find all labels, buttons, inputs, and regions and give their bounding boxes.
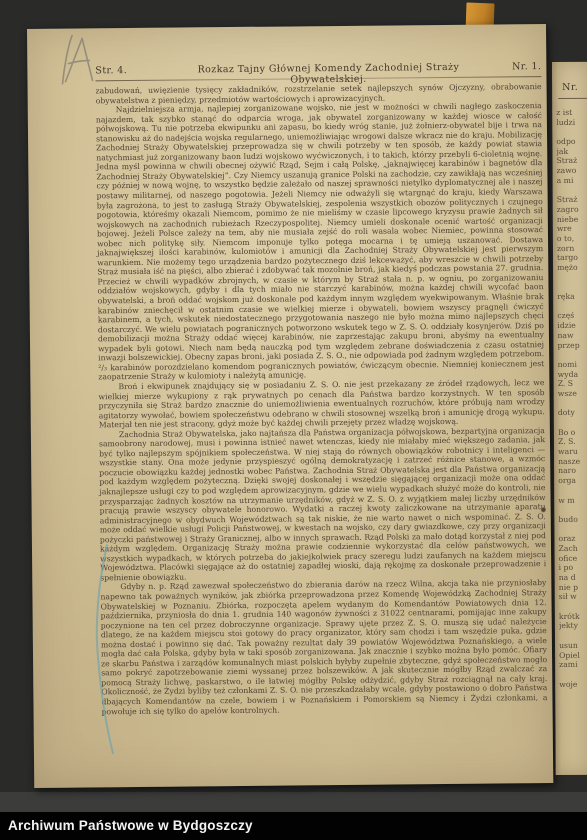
text-fragment-line (559, 631, 587, 641)
blue-pencil-arc-annotation (90, 543, 122, 755)
next-page-issue-label: Nr. (562, 82, 578, 93)
text-fragment-line: krótk (559, 612, 587, 622)
text-fragment-line (558, 350, 587, 360)
text-fragment-line: naw (557, 331, 587, 341)
text-fragment-line: Opiel (559, 650, 587, 660)
text-fragment-line (558, 505, 587, 515)
text-fragment-line: Z. S (558, 379, 587, 389)
page-number-label: Str. 4. (95, 65, 165, 77)
text-fragment-line: ludzi (556, 117, 587, 127)
text-fragment-line: naro (558, 466, 587, 476)
text-fragment-line: nomi (558, 360, 587, 370)
text-fragment-line (558, 524, 587, 534)
text-fragment-line: na d (559, 573, 587, 583)
text-fragment-line (557, 282, 587, 292)
text-fragment-line: woje (559, 679, 587, 689)
text-fragment-line: budo (558, 515, 587, 525)
next-page-text-fragments: z istludzi odpojakStrażzawoa mi Strażzag… (556, 108, 587, 689)
text-fragment-line (557, 302, 587, 312)
paragraph: Gdyby n. p. Rząd zawezwał społeczeństwo … (100, 578, 547, 716)
paragraph: Broń i ekwipunek znajdujący się w posiad… (98, 378, 544, 430)
text-fragment-line: orga (558, 476, 587, 486)
text-fragment-line: Straż (556, 156, 587, 166)
next-page-header-rule (558, 98, 587, 99)
text-fragment-line: o to, (557, 234, 587, 244)
text-fragment-line: nie p (559, 582, 587, 592)
text-fragment-line: częś (557, 311, 587, 321)
text-fragment-line: Bo o (558, 427, 587, 437)
text-fragment-line: Zach (559, 544, 587, 554)
text-fragment-line: odpo (556, 137, 587, 147)
text-fragment-line: z ist (556, 108, 587, 118)
text-fragment-line: wyda (558, 369, 587, 379)
text-fragment-line: Straż (557, 195, 587, 205)
scan-bottom-strip (0, 792, 587, 812)
archival-scan: Str. 4. Rozkaz Tajny Głównej Komendy Zac… (0, 0, 587, 840)
body-text: zabudowań, uwięzienie tysięcy zakładnikó… (96, 82, 548, 716)
issue-number-label: Nr. 1. (491, 61, 541, 72)
text-fragment-line: wre (557, 224, 587, 234)
text-fragment-line: oraz (558, 534, 587, 544)
text-fragment-line (556, 127, 587, 137)
text-fragment-line (559, 602, 587, 612)
text-fragment-line (557, 185, 587, 195)
next-page-edge: Nr. z istludzi odpojakStrażzawoa mi Stra… (552, 62, 587, 775)
text-fragment-line: i po (559, 563, 587, 573)
text-fragment-line: ręka (557, 292, 587, 302)
text-fragment-line: doty (558, 408, 587, 418)
text-fragment-line: idzie (557, 321, 587, 331)
archive-watermark: Archiwum Państwowe w Bydgoszczy (0, 812, 587, 840)
text-fragment-line: zami (559, 660, 587, 670)
text-fragment-line: sił w (559, 592, 587, 602)
pencil-mark-annotation (55, 33, 99, 85)
text-fragment-line: nasze (558, 457, 587, 467)
text-fragment-line: a mi (557, 176, 587, 186)
document-page: Str. 4. Rozkaz Tajny Głównej Komendy Zac… (27, 24, 553, 788)
text-fragment-line (557, 272, 587, 282)
text-fragment-line: jak (556, 147, 587, 157)
text-fragment-line: przep (557, 340, 587, 350)
text-fragment-line: targo (557, 253, 587, 263)
paragraph: Zachodnia Straż Obywatelska, jako najtań… (99, 426, 546, 583)
paragraph: Najdzielniejsza armja, najlepiej zorgani… (96, 101, 545, 382)
text-fragment-line: jekty (559, 621, 587, 631)
text-fragment-line: zorn (557, 243, 587, 253)
text-fragment-line: wsze (558, 389, 587, 399)
text-fragment-line: usun (559, 641, 587, 651)
text-fragment-line: niebe (557, 214, 587, 224)
text-fragment-line (558, 486, 587, 496)
text-fragment-line (559, 670, 587, 680)
text-fragment-line: zagro (557, 205, 587, 215)
text-fragment-line: ofice (559, 553, 587, 563)
text-fragment-line (558, 398, 587, 408)
text-fragment-line: zawo (557, 166, 587, 176)
text-fragment-line: Z. S. (558, 437, 587, 447)
text-fragment-line: w m (558, 495, 587, 505)
text-fragment-line (558, 418, 587, 428)
text-fragment-line: waru (558, 447, 587, 457)
text-fragment-line: mężo (557, 263, 587, 273)
